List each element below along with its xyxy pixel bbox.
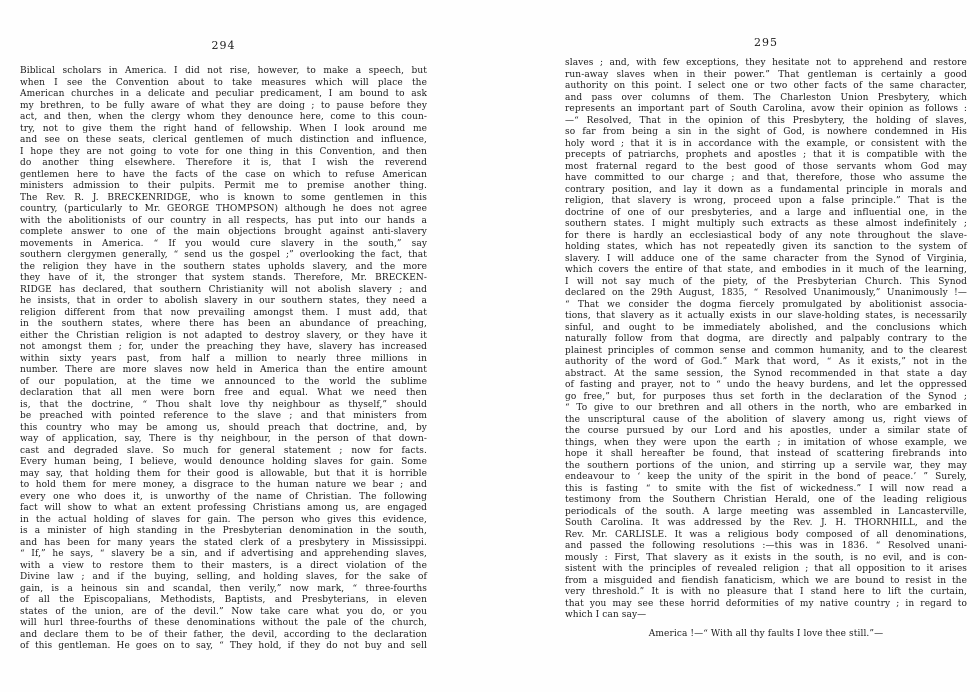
text-line: he insists, that in order to abolish sla… <box>20 296 427 308</box>
text-line: testimony from the Southern Christian He… <box>565 495 967 507</box>
text-line: and declare them to be of their father, … <box>20 630 427 642</box>
text-line: naturally follow from that dogma, are di… <box>565 334 967 346</box>
text-line: way of application, say, There is thy ne… <box>20 434 427 446</box>
text-line: this is fasting “ to smite with the fist… <box>565 484 967 496</box>
text-line: I hope they are not going to vote for on… <box>20 147 427 159</box>
text-line: mously : First, That slavery as it exist… <box>565 553 967 565</box>
text-line: holy word ; that it is in accordance wit… <box>565 139 967 151</box>
text-line: declared on the 29th August, 1835, “ Res… <box>565 288 967 300</box>
text-line: go free,” but, for purposes thus set for… <box>565 392 967 404</box>
text-line: not amongst them ; for, under the preach… <box>20 342 427 354</box>
text-line: number. There are more slaves now held i… <box>20 365 427 377</box>
text-line: periodicals of the south. A large meetin… <box>565 507 967 519</box>
text-line: try, not to give them the right hand of … <box>20 124 427 136</box>
text-line: run-away slaves when in their power.” Th… <box>565 70 967 82</box>
text-line: endeavour to ‘ keep the unity of the spi… <box>565 472 967 484</box>
text-line: so far from being a sin in the sight of … <box>565 127 967 139</box>
text-line: have committed to our charge ; and that,… <box>565 173 967 185</box>
text-line: cast and degraded slave. So much for gen… <box>20 446 427 458</box>
text-line: Rev. Mr. CARLISLE. It was a religious bo… <box>565 530 967 542</box>
text-line: represents an important part of South Ca… <box>565 104 967 116</box>
text-line: Every human being, I believe, would deno… <box>20 457 427 469</box>
text-line: religion different from that now prevail… <box>20 308 427 320</box>
text-line: precepts of patriarchs, prophets and apo… <box>565 150 967 162</box>
text-line: country, (particularly to Mr. GEORGE THO… <box>20 204 427 216</box>
text-line: southern clergymen generally, “ send us … <box>20 250 427 262</box>
text-line: Biblical scholars in America. I did not … <box>20 66 427 78</box>
text-line: “ If,” he says, “ slavery be a sin, and … <box>20 549 427 561</box>
text-line: within sixty years past, from half a mil… <box>20 354 427 366</box>
text-line: slaves ; and, with few exceptions, they … <box>565 58 967 70</box>
text-line: abstract. At the same session, the Synod… <box>565 369 967 381</box>
text-line: the southern portions of the union, and … <box>565 461 967 473</box>
text-line: and passed the following resolutions :—t… <box>565 541 967 553</box>
text-line: is, that the doctrine, “ Thou shalt love… <box>20 400 427 412</box>
text-line: tions, that slavery as it actually exist… <box>565 311 967 323</box>
text-line: doctrine of one of our presbyteries, and… <box>565 208 967 220</box>
text-line: and has been for many years the stated c… <box>20 538 427 550</box>
text-line: things, when they were upon the earth ; … <box>565 438 967 450</box>
text-line: to hold them for mere money, a disgrace … <box>20 480 427 492</box>
text-line: sinful, and ought to be immediately abol… <box>565 323 967 335</box>
page-number-right: 295 <box>565 37 967 49</box>
text-line: authority on this point. I select one or… <box>565 81 967 93</box>
page-294-text: Biblical scholars in America. I did not … <box>20 66 427 653</box>
text-line: of fasting and prayer, not to “ undo the… <box>565 380 967 392</box>
text-line: and see on these seats, clerical gentlem… <box>20 135 427 147</box>
text-line: with the abolitionists of our country in… <box>20 216 427 228</box>
text-line: will hurl three-fourths of these denomin… <box>20 618 427 630</box>
text-line: hope it shall hereafter be found, that i… <box>565 449 967 461</box>
text-line: in the actual holding of slaves for gain… <box>20 515 427 527</box>
text-line: may say, that holding them for their goo… <box>20 469 427 481</box>
text-line: and pass over columns of them. The Charl… <box>565 93 967 105</box>
text-line: contrary position, and lay it down as a … <box>565 185 967 197</box>
text-line: from a misguided and fiendish fanaticism… <box>565 576 967 588</box>
page-295-text: slaves ; and, with few exceptions, they … <box>565 58 967 622</box>
text-line: of all the Episcopalians, Methodists, Ba… <box>20 595 427 607</box>
text-line: ministers admission to their pulpits. Pe… <box>20 181 427 193</box>
text-line: American churches in a delicate and pecu… <box>20 89 427 101</box>
text-line: authority of the word of God.” Mark that… <box>565 357 967 369</box>
text-line: my brethren, to be fully aware of what t… <box>20 101 427 113</box>
text-line: RIDGE has declared, that southern Christ… <box>20 285 427 297</box>
text-line: southern states. I might multiply such e… <box>565 219 967 231</box>
text-line: the course pursued by our Lord and his a… <box>565 426 967 438</box>
text-line: is a minister of high standing in the Pr… <box>20 526 427 538</box>
text-line: act, and then, when the clergy whom they… <box>20 112 427 124</box>
book-scan: 294 Biblical scholars in America. I did … <box>0 0 980 692</box>
text-line: of this gentleman. He goes on to say, “ … <box>20 641 427 653</box>
text-line: I will not say much of the piety, of the… <box>565 277 967 289</box>
text-line: states of the union, are of the devil.” … <box>20 607 427 619</box>
text-line: for there is hardly an ecclesiastical bo… <box>565 231 967 243</box>
text-line: declaration that all men were born free … <box>20 388 427 400</box>
text-line: most fraternal regard to the best good o… <box>565 162 967 174</box>
text-line: do another thing elsewhere. Therefore it… <box>20 158 427 170</box>
text-line: be preached with pointed reference to th… <box>20 411 427 423</box>
text-line: the religion they have in the southern s… <box>20 262 427 274</box>
page-number-left: 294 <box>20 40 427 52</box>
text-line: movements in America. “ If you would cur… <box>20 239 427 251</box>
text-line: which covers the entire of that state, a… <box>565 265 967 277</box>
text-line: this country who may be among us, should… <box>20 423 427 435</box>
page-294: 294 Biblical scholars in America. I did … <box>20 40 427 653</box>
text-line: Divine law ; and if the buying, selling,… <box>20 572 427 584</box>
closing-quote: America !—“ With all thy faults I love t… <box>565 629 967 641</box>
text-line: “ To give to our brethren and all others… <box>565 403 967 415</box>
text-line: complete answer to one of the main objec… <box>20 227 427 239</box>
text-line: every one who does it, is unworthy of th… <box>20 492 427 504</box>
text-line: of our population, at the time we announ… <box>20 377 427 389</box>
text-line: “ That we consider the dogma fiercely pr… <box>565 300 967 312</box>
text-line: The Rev. R. J. BRECKENRIDGE, who is know… <box>20 193 427 205</box>
text-line: in the southern states, where there has … <box>20 319 427 331</box>
text-line: gentlemen here to have the facts of the … <box>20 170 427 182</box>
text-line: holding states, which has not repeatedly… <box>565 242 967 254</box>
text-line: either the Christian religion is not ada… <box>20 331 427 343</box>
text-line: when I see the Convention about to take … <box>20 78 427 90</box>
text-line: —“ Resolved, That in the opinion of this… <box>565 116 967 128</box>
text-line: slavery. I will adduce one of the same c… <box>565 254 967 266</box>
text-line: the unscriptural cause of the abolition … <box>565 415 967 427</box>
page-295: 295 slaves ; and, with few exceptions, t… <box>565 37 967 640</box>
text-line: gain, is a heinous sin and scandal, then… <box>20 584 427 596</box>
text-line: fact will show to what an extent profess… <box>20 503 427 515</box>
text-line: which I can say— <box>565 610 967 622</box>
text-line: that you may see these horrid deformitie… <box>565 599 967 611</box>
text-line: plainest principles of common sense and … <box>565 346 967 358</box>
text-line: religion, that slavery is wrong, proceed… <box>565 196 967 208</box>
text-line: with a view to restore them to their mas… <box>20 561 427 573</box>
text-line: sistent with the principles of revealed … <box>565 564 967 576</box>
text-line: very threshold.” It is with no pleasure … <box>565 587 967 599</box>
text-line: they have of it, the stronger that syste… <box>20 273 427 285</box>
text-line: South Carolina. It was addressed by the … <box>565 518 967 530</box>
